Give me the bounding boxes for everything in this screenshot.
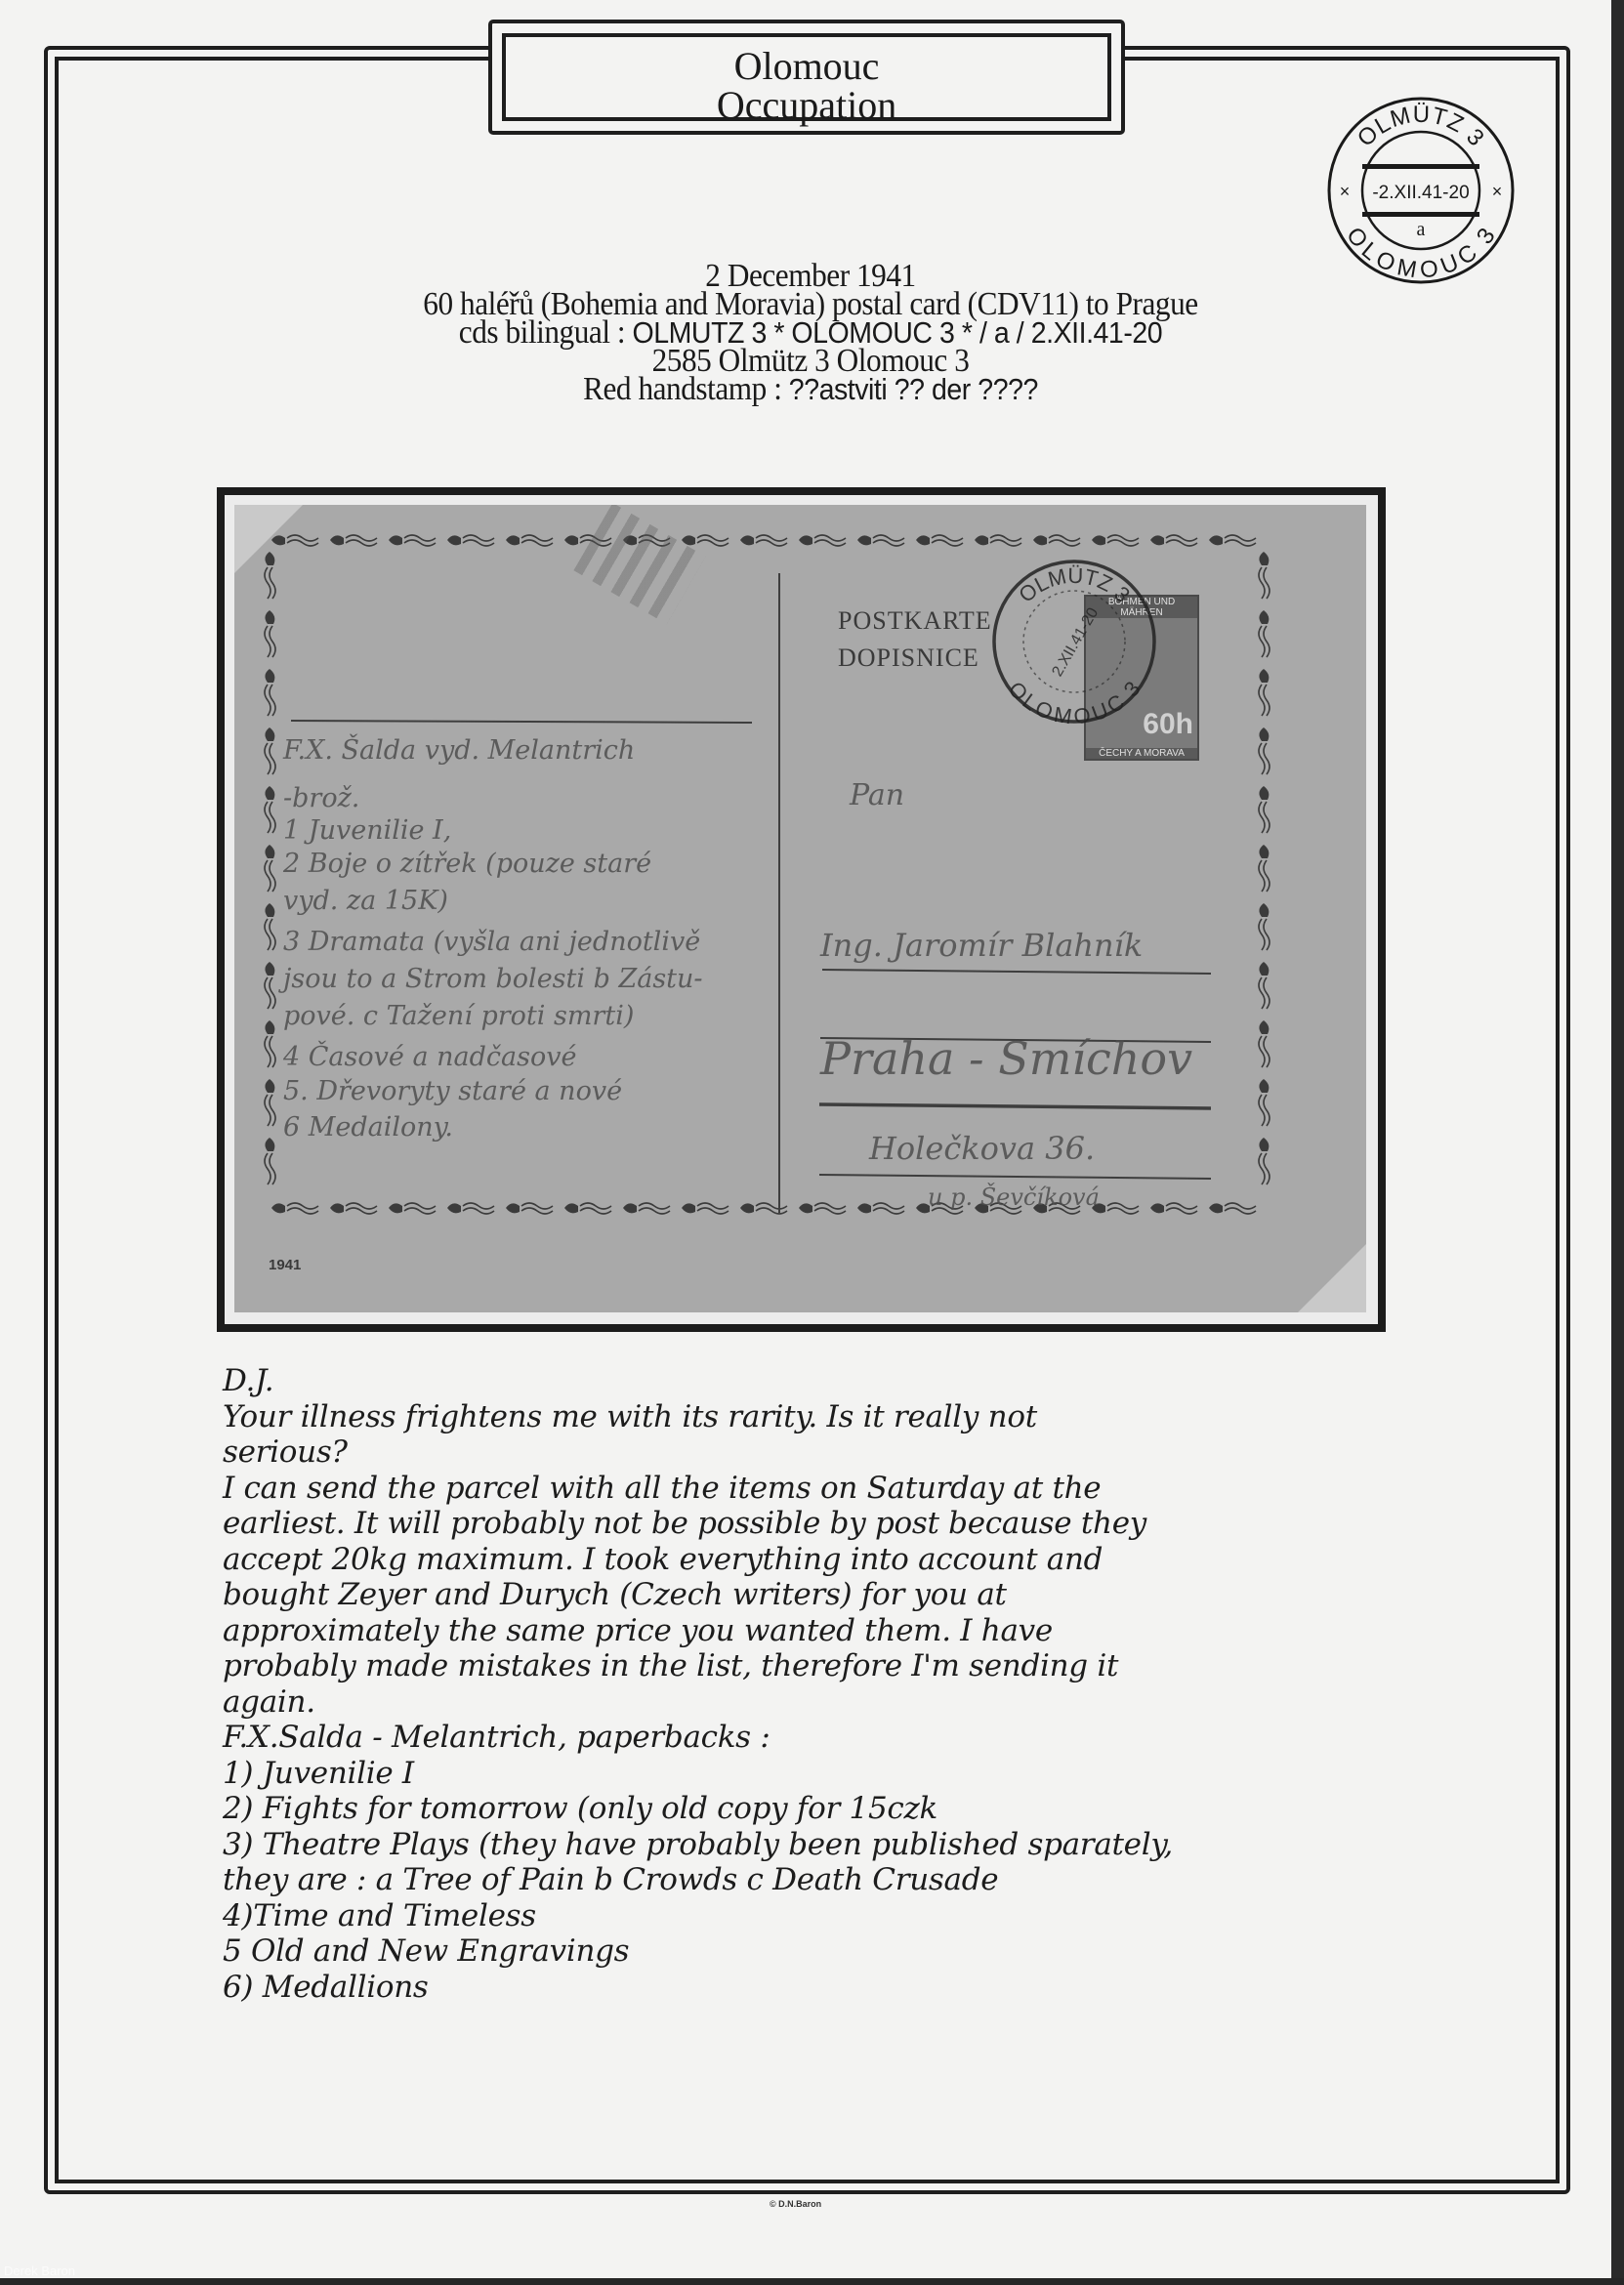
postmark: OLMÜTZ 3 OLOMOUC 3 2.XII.41-20 (986, 554, 1162, 729)
cancel-index: a (1417, 219, 1426, 240)
scan-edge-bottom (0, 2278, 1624, 2285)
address-line: Ing. Jaromír Blahník (820, 927, 1143, 964)
address-line: Pan (850, 778, 904, 812)
message-line: -brož. (283, 783, 359, 813)
copyright: © D.N.Baron (770, 2199, 821, 2209)
translation-line: I can send the parcel with all the items… (223, 1471, 1395, 1507)
postcard-header-cz: DOPISNICE (838, 644, 979, 673)
cancel-top-text: OLMÜTZ 3 (1353, 102, 1490, 152)
description: 2 December 1941 60 haléřů (Bohemia and M… (195, 262, 1426, 403)
watermark: Derek Baron (4, 2264, 75, 2278)
translation-line: 5 Old and New Engravings (223, 1933, 1395, 1970)
translation-text: D.J.Your illness frightens me with its r… (223, 1363, 1395, 2005)
translation-line: accept 20kg maximum. I took everything i… (223, 1542, 1395, 1578)
cancel-separator-left: × (1340, 182, 1351, 201)
page-subtitle: Occupation (506, 86, 1107, 125)
description-catalogue: 2585 Olmütz 3 Olomouc 3 (244, 347, 1376, 375)
translation-line: serious? (223, 1434, 1395, 1471)
cancel-date: -2.XII.41-20 (1372, 183, 1469, 203)
message-line: 2 Boje o zítřek (pouze staré (283, 849, 651, 879)
svg-text:OLMÜTZ 3: OLMÜTZ 3 (1353, 102, 1490, 152)
postcard-image-frame: POSTKARTE DOPISNICE BÖHMEN UND MÄHREN 60… (217, 487, 1386, 1332)
message-line: F.X. Šalda vyd. Melantrich (283, 735, 635, 766)
translation-line: bought Zeyer and Durych (Czech writers) … (223, 1577, 1395, 1613)
translation-line: 2) Fights for tomorrow (only old copy fo… (223, 1791, 1395, 1827)
translation-line: 6) Medallions (223, 1970, 1395, 2006)
translation-line: they are : a Tree of Pain b Crowds c Dea… (223, 1862, 1395, 1898)
message-line: vyd. za 15K) (283, 886, 448, 916)
translation-line: approximately the same price you wanted … (223, 1613, 1395, 1649)
title-box-inner: Olomouc Occupation (502, 33, 1111, 121)
cancel-separator-right: × (1492, 182, 1503, 201)
address-line: u p. Ševčíková (928, 1184, 1100, 1211)
message-line: 5. Dřevoryty staré a nové (283, 1076, 622, 1106)
translation-line: D.J. (223, 1363, 1395, 1399)
address-line: Holečkova 36. (869, 1130, 1095, 1167)
address-line: Praha - Smíchov (820, 1032, 1192, 1085)
title-box: Olomouc Occupation (488, 20, 1125, 135)
cancel-diagram: OLMÜTZ 3 OLOMOUC 3 -2.XII.41-20 a × × (1323, 93, 1519, 288)
translation-line: Your illness frightens me with its rarit… (223, 1399, 1395, 1435)
page-title: Olomouc (506, 47, 1107, 86)
message-line: 3 Dramata (vyšla ani jednotlivě (283, 927, 700, 957)
message-line: pové. c Tažení proti smrti) (283, 1001, 634, 1031)
translation-line: F.X.Salda - Melantrich, paperbacks : (223, 1720, 1395, 1756)
postcard: POSTKARTE DOPISNICE BÖHMEN UND MÄHREN 60… (234, 505, 1366, 1312)
message-line: 4 Časové a nadčasové (283, 1042, 576, 1072)
postcard-year: 1941 (269, 1257, 301, 1273)
postcard-header-de: POSTKARTE (838, 606, 992, 636)
svg-text:OLMÜTZ 3: OLMÜTZ 3 (1014, 563, 1135, 607)
translation-line: 4)Time and Timeless (223, 1898, 1395, 1934)
message-line: 1 Juvenilie I, (283, 815, 451, 846)
message-line: jsou to a Strom bolesti b Zástu- (283, 964, 703, 994)
translation-line: probably made mistakes in the list, ther… (223, 1648, 1395, 1684)
translation-line: again. (223, 1684, 1395, 1721)
translation-line: earliest. It will probably not be possib… (223, 1506, 1395, 1542)
description-handstamp-value: ??astviti ?? der ???? (789, 372, 1038, 406)
svg-text:OLOMOUC 3: OLOMOUC 3 (1004, 677, 1145, 729)
svg-text:2.XII.41-20: 2.XII.41-20 (1049, 605, 1102, 680)
description-item: 60 haléřů (Bohemia and Moravia) postal c… (244, 290, 1376, 318)
description-handstamp: Red handstamp : ??astviti ?? der ???? (244, 375, 1376, 403)
translation-line: 3) Theatre Plays (they have probably bee… (223, 1827, 1395, 1863)
scan-edge-right (1611, 0, 1624, 2285)
photo-mat: POSTKARTE DOPISNICE BÖHMEN UND MÄHREN 60… (225, 495, 1378, 1324)
translation-line: 1) Juvenilie I (223, 1756, 1395, 1792)
message-line: 6 Medailony. (283, 1112, 453, 1142)
